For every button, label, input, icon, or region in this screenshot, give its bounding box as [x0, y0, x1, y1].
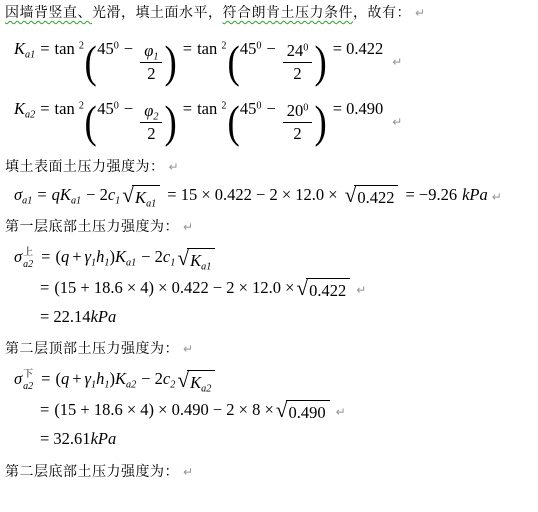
fn-tan-squared: tan 2 [55, 39, 84, 59]
layer1-bottom-label: 第一层底部土压力强度为：↵ [5, 217, 538, 237]
numeric-expression: (15 + 18.6 × 4) × 0.422 − 2 × 12.0 × [54, 278, 294, 298]
unit-kpa: kPa [91, 429, 117, 449]
paragraph-mark-icon: ↵ [169, 160, 180, 174]
result-value: = 0.422 [333, 39, 384, 59]
paragraph-mark-icon: ↵ [183, 342, 194, 356]
fn-tan-squared: tan 2 [55, 99, 84, 119]
minus-sign: − [266, 39, 275, 59]
minus-2: − 2 [141, 369, 163, 389]
result-value: = 0.490 [333, 99, 384, 119]
equals-sign: = [183, 39, 192, 59]
right-paren: ) [165, 39, 177, 85]
equals-sign: = [40, 99, 49, 119]
result-value: = −9.26 [405, 185, 457, 205]
formula-ka1: Ka1 = tan 2 ( 450 − φ1 2 ) = tan 2 ( 450… [14, 39, 538, 85]
equals-sign: = [41, 247, 50, 267]
heading-text: 第二层顶部土压力强度为： [5, 341, 179, 357]
radicand: Ka1 [187, 248, 215, 271]
layer2-top-label: 第二层顶部土压力强度为：↵ [5, 339, 538, 359]
minus-2: − 2 [141, 247, 163, 267]
paragraph-mark-icon: ↵ [415, 6, 426, 20]
var-subscript: a1 [25, 50, 35, 61]
sqrt-0490: √0.490 [276, 400, 330, 423]
minus-sign: − [124, 99, 133, 119]
paragraph-mark-icon: ↵ [392, 55, 402, 69]
intro-segment-wavy-1: 因墙背竖直、 [5, 5, 92, 21]
radicand: 0.422 [354, 185, 398, 208]
paragraph-mark-icon: ↵ [492, 190, 502, 204]
fraction-phi1-over-2: φ1 2 [140, 41, 162, 84]
fraction-denominator: 2 [147, 123, 155, 144]
subscript-a2: a2 [23, 259, 33, 271]
equals-sign: = [37, 185, 46, 205]
angle-45deg: 450 [97, 39, 119, 59]
left-paren: ( [227, 39, 239, 85]
unit-kpa: kPa [462, 185, 488, 205]
equals-sign: = [40, 278, 49, 298]
var-Ka1: Ka1 [14, 39, 35, 59]
heading-text: 第二层底部土压力强度为： [5, 464, 179, 480]
fraction-denominator: 2 [293, 123, 301, 144]
sqrt-0422: √0.422 [296, 278, 350, 301]
fraction-20deg-over-2: 200 2 [283, 101, 313, 144]
minus-sign: − [124, 39, 133, 59]
formula-sigma-a1: σa1 = qKa1 − 2 c1 √Ka1 = 15 × 0.422 − 2 … [14, 185, 538, 208]
term-gamma1-h1-Ka1: γ1h1)Ka1 [85, 247, 137, 267]
fn-tan: tan [55, 39, 75, 58]
plus-sign: + [72, 247, 81, 267]
intro-line: 因墙背竖直、光滑，填土面水平，符合朗肯土压力条件，故有：↵ [5, 3, 538, 23]
left-paren: ( [227, 99, 239, 145]
result-value: = 32.61 [40, 429, 91, 449]
var-sigma-a1: σa1 [14, 185, 32, 205]
intro-segment-plain-2: ，故有： [353, 5, 411, 21]
fraction-numerator: φ2 [140, 101, 162, 123]
word-document: 因墙背竖直、光滑，填土面水平，符合朗肯土压力条件，故有：↵ Ka1 = tan … [0, 0, 538, 482]
sqrt-Ka2: √Ka2 [177, 370, 215, 393]
right-paren: ) [315, 99, 327, 145]
paren-q: (q [55, 369, 69, 389]
radicand: 0.490 [286, 400, 330, 423]
paren-q: (q [55, 247, 69, 267]
fn-tan-squared: tan 2 [197, 99, 226, 119]
unit-kpa: kPa [91, 307, 117, 327]
var-c1: c1 [163, 247, 175, 267]
plus-sign: + [72, 369, 81, 389]
left-paren: ( [84, 39, 96, 85]
equals-sign: = [183, 99, 192, 119]
sqrt-Ka1: √Ka1 [122, 185, 160, 208]
left-paren: ( [84, 99, 96, 145]
paragraph-mark-icon: ↵ [392, 115, 402, 129]
paragraph-mark-icon: ↵ [183, 465, 194, 479]
var-c2: c2 [163, 369, 175, 389]
radicand: Ka1 [132, 185, 160, 208]
fn-tan-squared: tan 2 [197, 39, 226, 59]
subscript-a2: a2 [23, 381, 33, 393]
fraction-numerator: φ1 [140, 41, 162, 63]
formula-sigma-a2-upper-line2: = (15 + 18.6 × 4) × 0.422 − 2 × 12.0 × √… [40, 278, 538, 301]
var-sigma: σ [14, 247, 22, 267]
angle-45deg: 450 [240, 99, 262, 119]
formula-sigma-a2-upper-line1: σ 上a2 = (q + γ1h1)Ka1 − 2 c1 √Ka1 [14, 247, 538, 271]
layer2-bottom-label: 第二层底部土压力强度为：↵ [5, 462, 538, 482]
fraction-24deg-over-2: 240 2 [283, 41, 313, 84]
sigma-subsup: 下a2 [23, 369, 33, 393]
radicand: Ka2 [187, 370, 215, 393]
paragraph-mark-icon: ↵ [356, 283, 366, 297]
fraction-numerator: 200 [283, 101, 313, 123]
formula-sigma-a2-lower-line3: = 32.61kPa [40, 429, 538, 449]
result-value: = 22.14 [40, 307, 91, 327]
superscript-xia: 下 [23, 369, 33, 381]
equals-sign: = [41, 369, 50, 389]
equals-sign: = [40, 400, 49, 420]
surface-pressure-label: 填土表面土压力强度为：↵ [5, 157, 538, 177]
numeric-expression: = 15 × 0.422 − 2 × 12.0 × [167, 185, 337, 205]
formula-sigma-a2-lower-line1: σ 下a2 = (q + γ1h1)Ka2 − 2 c2 √Ka2 [14, 369, 538, 393]
formula-ka2: Ka2 = tan 2 ( 450 − φ2 2 ) = tan 2 ( 450… [14, 99, 538, 145]
minus-sign: − [266, 99, 275, 119]
minus-2: − 2 [86, 185, 108, 205]
fraction-phi2-over-2: φ2 2 [140, 101, 162, 144]
fraction-numerator: 240 [283, 41, 313, 63]
formula-sigma-a2-upper-line3: = 22.14kPa [40, 307, 538, 327]
intro-segment-plain-1: 光滑，填土面水平， [92, 5, 223, 21]
numeric-expression: (15 + 18.6 × 4) × 0.490 − 2 × 8 × [54, 400, 273, 420]
sqrt-0422: √0.422 [345, 185, 399, 208]
paragraph-mark-icon: ↵ [183, 220, 194, 234]
fraction-denominator: 2 [147, 63, 155, 84]
right-paren: ) [315, 39, 327, 85]
degree-sup: 0 [114, 40, 119, 51]
term-gamma1-h1-Ka2: γ1h1)Ka2 [85, 369, 137, 389]
sqrt-Ka1: √Ka1 [177, 248, 215, 271]
heading-text: 第一层底部土压力强度为： [5, 219, 179, 235]
fraction-denominator: 2 [293, 63, 301, 84]
var-sigma: σ [14, 369, 22, 389]
var-base: K [14, 39, 25, 58]
right-paren: ) [165, 99, 177, 145]
intro-segment-wavy-2: 符合朗肯土压力条件 [223, 5, 354, 21]
radicand: 0.422 [306, 278, 350, 301]
term-qKa1: qKa1 [52, 185, 81, 205]
angle-45deg: 450 [240, 39, 262, 59]
paragraph-mark-icon: ↵ [336, 405, 346, 419]
superscript-shang: 上 [23, 247, 33, 259]
var-c1: c1 [108, 185, 120, 205]
exponent: 2 [79, 40, 84, 51]
formula-sigma-a2-lower-line2: = (15 + 18.6 × 4) × 0.490 − 2 × 8 × √0.4… [40, 400, 538, 423]
heading-text: 填土表面土压力强度为： [5, 159, 165, 175]
var-Ka2: Ka2 [14, 99, 35, 119]
angle-45deg: 450 [97, 99, 119, 119]
equals-sign: = [40, 39, 49, 59]
sigma-subsup: 上a2 [23, 247, 33, 271]
